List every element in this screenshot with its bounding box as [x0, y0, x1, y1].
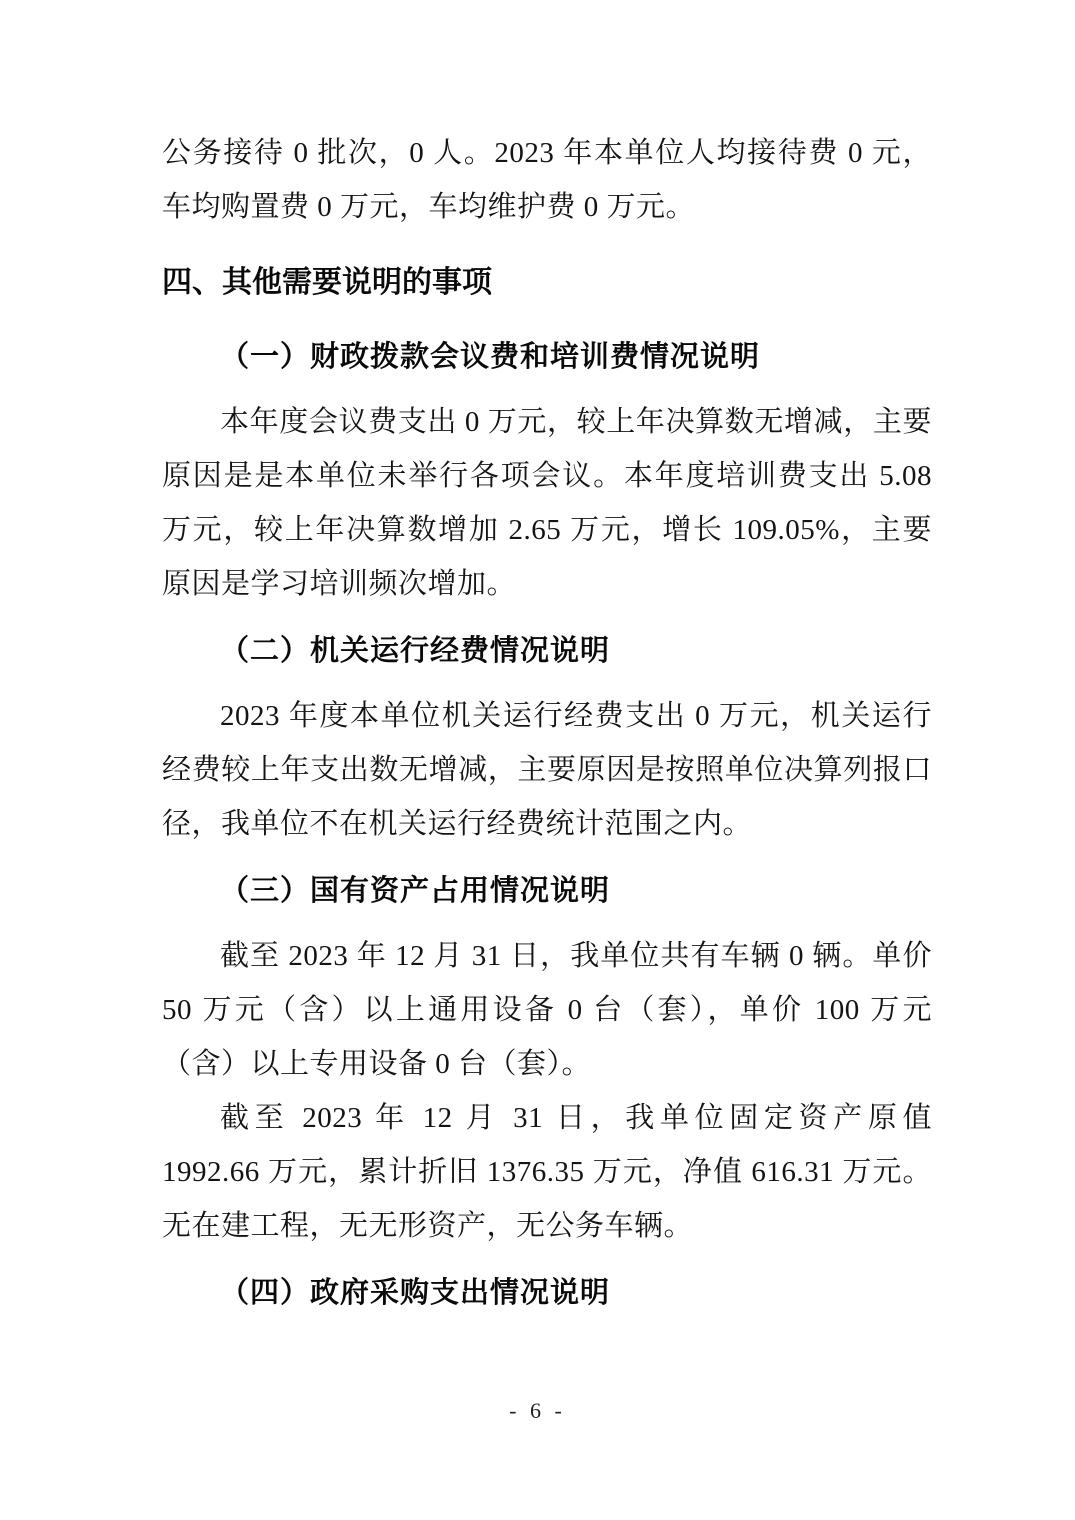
paragraph-fixed-assets: 截至 2023 年 12 月 31 日，我单位固定资产原值 1992.66 万元…: [162, 1091, 932, 1253]
section-heading-other-matters: 四、其他需要说明的事项: [162, 256, 932, 310]
paragraph-official-reception: 公务接待 0 批次，0 人。2023 年本单位人均接待费 0 元，车均购置费 0…: [162, 126, 932, 234]
paragraph-meeting-training-fees: 本年度会议费支出 0 万元，较上年决算数无增减，主要原因是是本单位未举行各项会议…: [162, 395, 932, 611]
sub-heading-meeting-training-fees: （一）财政拨款会议费和培训费情况说明: [162, 330, 932, 384]
sub-heading-agency-operating-funds: （二）机关运行经费情况说明: [162, 624, 932, 678]
paragraph-agency-operating-funds: 2023 年度本单位机关运行经费支出 0 万元，机关运行经费较上年支出数无增减，…: [162, 689, 932, 851]
document-content: 公务接待 0 批次，0 人。2023 年本单位人均接待费 0 元，车均购置费 0…: [162, 126, 932, 1331]
sub-heading-government-procurement: （四）政府采购支出情况说明: [162, 1266, 932, 1320]
sub-heading-state-owned-assets: （三）国有资产占用情况说明: [162, 864, 932, 918]
paragraph-vehicles-equipment: 截至 2023 年 12 月 31 日，我单位共有车辆 0 辆。单价 50 万元…: [162, 929, 932, 1091]
page-number: - 6 -: [0, 1396, 1075, 1426]
document-page: 公务接待 0 批次，0 人。2023 年本单位人均接待费 0 元，车均购置费 0…: [0, 0, 1075, 1520]
